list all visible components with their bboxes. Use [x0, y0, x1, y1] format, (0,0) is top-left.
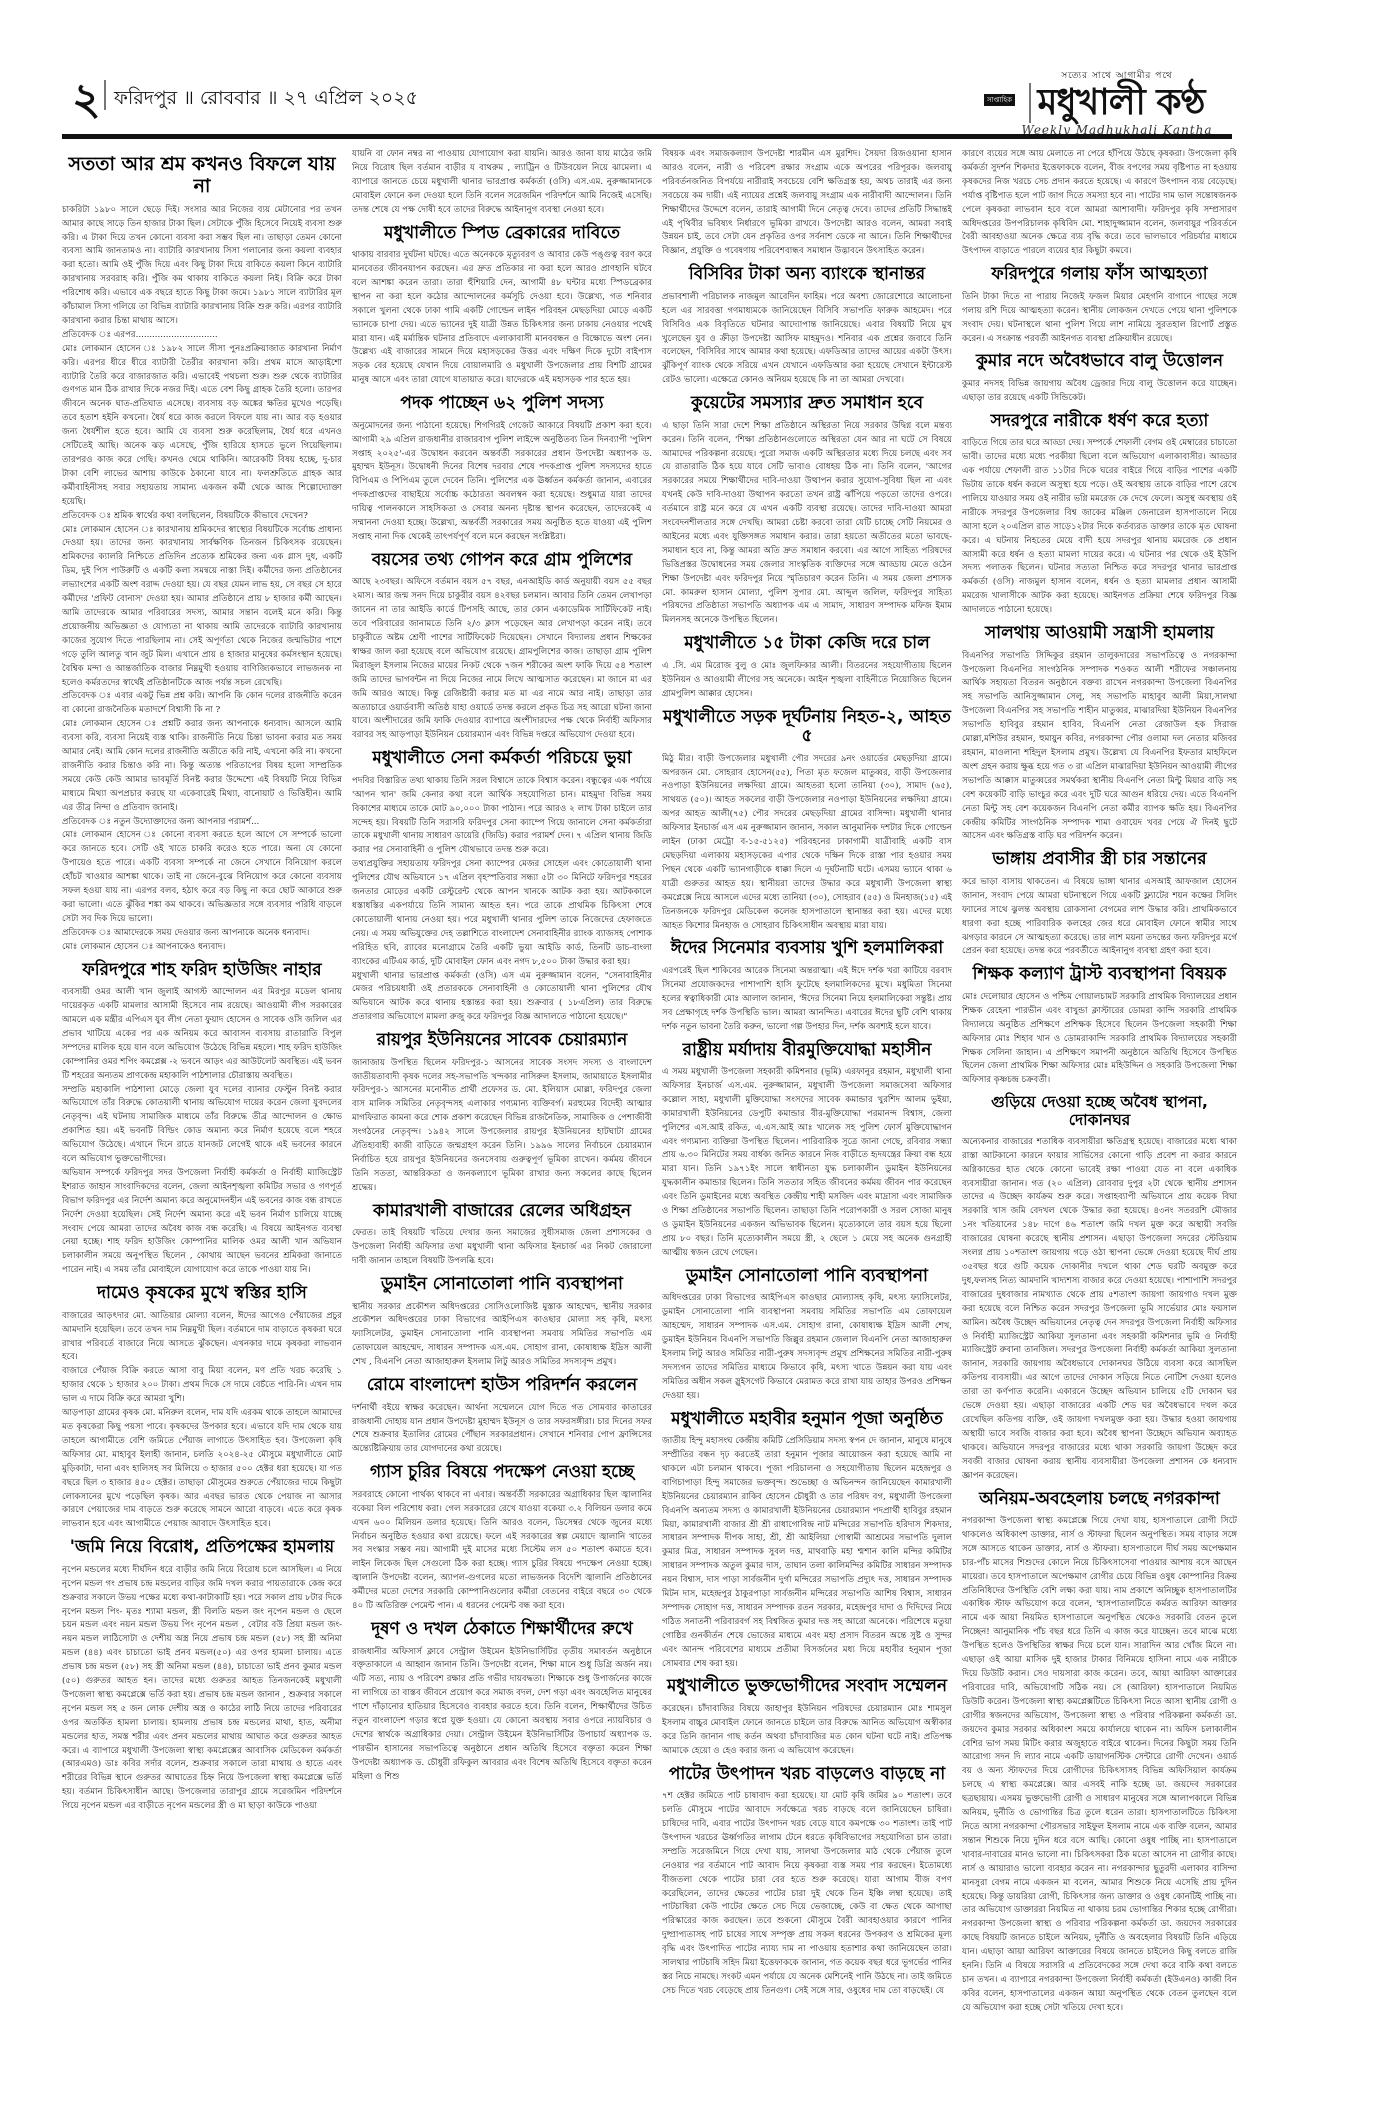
article: মধুখালীতে মহাবীর হনুমান পূজা অনুষ্ঠিতজাত…: [662, 1410, 952, 1672]
article-headline: কামারখালী বাজারের রেলের অধিগ্রহন: [352, 1202, 652, 1222]
article-body: বিষয়ক এবং সমাজকল্যাণ উপদেষ্টা শারমীন এস…: [662, 148, 952, 259]
article-headline: শিক্ষক কল্যাণ ট্রাস্ট ব্যবস্থাপনা বিষয়ক: [962, 965, 1237, 985]
article: রাষ্ট্রীয় মর্যাদায় বীরমুক্তিযোদ্ধা মহা…: [662, 1041, 952, 1261]
article-body: ফেরত। তাই বিষয়টি খতিয়ে দেখার জন্য সমাজ…: [352, 1227, 652, 1269]
article-headline: ঈদের সিনেমার ব্যবসায় খুশি হলমালিকরা: [662, 939, 952, 959]
article: দামেও কৃষকের মুখে স্বস্তির হাসিবাজারের আ…: [62, 1284, 342, 1532]
article-headline: মধুখালীতে ১৫ টাকা কেজি দরে চাল: [662, 634, 952, 654]
article-headline: ফরিদপুরে শাহ ফরিদ হাউজিং নাহার: [62, 961, 342, 981]
article-headline: মধুখালীতে সড়ক দূর্ঘটনায় নিহত-২, আহত ৫: [662, 708, 952, 747]
article-headline: ভাঙ্গায় প্রবাসীর স্ত্রী চার সন্তানের: [962, 850, 1237, 870]
article-headline: পাটের উৎপাদন খরচ বাড়লেও বাড়ছে না: [662, 1765, 952, 1785]
article: বিসিবির টাকা অন্য ব্যাংকে স্থানান্তরপ্রভ…: [662, 265, 952, 388]
article: পাটের উৎপাদন খরচ বাড়লেও বাড়ছে না৭শ হেক…: [662, 1765, 952, 1999]
article: সদরপুরে নারীকে ধর্ষণ করে হত্যাবাড়িতে গি…: [962, 412, 1237, 618]
article: ভাঙ্গায় প্রবাসীর স্ত্রী চার সন্তানেরকরে…: [962, 850, 1237, 959]
article-body: এরপরেই ছিল শাকিবের আরেক সিনেমা অন্তরাত্ম…: [662, 965, 952, 1035]
article-body: করে ভাড়া বাসায় থাকতেন। এ বিষয়ে ভাঙ্গা…: [962, 876, 1237, 959]
article-body: দর্শনার্থী বইয়ে স্বাক্ষর করেছেন। আর্থনা…: [352, 1402, 652, 1458]
article-headline: অনিয়ম-অবহেলায় চলছে নগরকান্দা: [962, 1490, 1237, 1510]
article: মধুখালীতে সেনা কর্মকর্তা পরিচয়ে ভুয়াপদ…: [352, 749, 652, 1025]
article: বিষয়ক এবং সমাজকল্যাণ উপদেষ্টা শারমীন এস…: [662, 148, 952, 259]
article-headline: ফরিদপুরে গলায় ফাঁস আত্মহত্যা: [962, 265, 1237, 285]
article-headline: পদক পাচ্ছেন ৬২ পুলিশ সদস্য: [352, 394, 652, 414]
article-headline: সালথায় আওয়ামী সন্ত্রাসী হামলায়: [962, 624, 1237, 644]
article-body: মোঃ দেলোয়ার হোসেন ও পশ্চিম গোয়ালচামট স…: [962, 991, 1237, 1088]
article-body: ৭শ হেক্টর জমিতে পাট চাষাবাদ করা হয়েছে। …: [662, 1790, 952, 1999]
article: দূষণ ও দখল ঠেকাতে শিক্ষার্থীদের রুখেরাজধ…: [352, 1620, 652, 1785]
article-body: রাজধানীর অফিসার্স ক্লাবে সেন্ট্রাল উইমেন…: [352, 1646, 652, 1785]
article: গ্যাস চুরির বিষয়ে পদক্ষেপ নেওয়া হচ্ছেস…: [352, 1463, 652, 1614]
article-body: পদবির বিস্তারিত তথ্য থাকায় তিনি সরল বিশ…: [352, 775, 652, 1025]
article: মধুখালীতে সড়ক দূর্ঘটনায় নিহত-২, আহত ৫ম…: [662, 708, 952, 934]
article-headline: সততা আর শ্রম কখনও বিফলে যায় না: [62, 154, 342, 198]
article-body: আছে ২৩বছর। অফিসে বর্তমান বয়স ৫৭ বছর, এন…: [352, 576, 652, 743]
article: পদক পাচ্ছেন ৬২ পুলিশ সদস্যঅনুমোদনের জন্য…: [352, 394, 652, 545]
article: কামারখালী বাজারের রেলের অধিগ্রহনফেরত। তা…: [352, 1202, 652, 1269]
article-headline: দূষণ ও দখল ঠেকাতে শিক্ষার্থীদের রুখে: [352, 1620, 652, 1640]
article-body: স্থানীয় সরকার প্রকৌশল অধিদপ্তরের সোসিওল…: [352, 1301, 652, 1371]
article-body: কুমার নদসহ বিভিন্ন জায়গায় অবৈধ ড্রেজার…: [962, 378, 1237, 406]
page-number: ২: [72, 78, 101, 122]
newspaper-page: ২ ফরিদপুর ॥ রোববার ॥ ২৭ এপ্রিল ২০২৫ সত্য…: [62, 0, 1292, 2125]
article: গুড়িয়ে দেওয়া হচ্ছে অবৈধ স্থাপনা, দোকা…: [962, 1094, 1237, 1483]
article-body: ব্যবসায়ী ওমর আলী খান জুলাই আগস্ট আন্দোল…: [62, 986, 342, 1278]
article-body: সরবরাহে কোনো পার্থক্য থাকবে না এবার। অন্…: [352, 1489, 652, 1614]
article-headline: রোমে বাংলাদেশ হাউস পরিদর্শন করলেন: [352, 1376, 652, 1396]
article-headline: সদরপুরে নারীকে ধর্ষণ করে হত্যা: [962, 412, 1237, 432]
article-headline: দামেও কৃষকের মুখে স্বস্তির হাসি: [62, 1284, 342, 1304]
article: বয়সের তথ্য গোপন করে গ্রাম পুলিশেরআছে ২৩…: [352, 551, 652, 743]
article: সালথায় আওয়ামী সন্ত্রাসী হামলায়বিএনপির…: [962, 624, 1237, 844]
article-headline: রায়পুর ইউনিয়নের সাবেক চেয়ারম্যান: [352, 1031, 652, 1051]
article: ডুমাইন সোনাতোলা পানি ব্যবস্থাপনাস্থানীয়…: [352, 1275, 652, 1370]
column-3: বিষয়ক এবং সমাজকল্যাণ উপদেষ্টা শারমীন এস…: [662, 148, 952, 2108]
article: মধুখালীতে ভুক্তভোগীদের সংবাদ সম্মেলনকরেছ…: [662, 1677, 952, 1758]
article-headline: বিসিবির টাকা অন্য ব্যাংকে স্থানান্তর: [662, 265, 952, 285]
article: কুয়েটের সমস্যার দ্রুত সমাধান হবেএ ছাড়া…: [662, 394, 952, 628]
article-body: বাজারের আড়ৎদার মো. আতিয়ার মোল্যা বলেন,…: [62, 1310, 342, 1533]
article: মধুখালীতে ১৫ টাকা কেজি দরে চালএ .সি. এম …: [662, 634, 952, 701]
masthead: ২ ফরিদপুর ॥ রোববার ॥ ২৭ এপ্রিল ২০২৫ সত্য…: [62, 70, 1292, 140]
article-body: এ সময় মধুখালী উপজেলা সহকারী কমিশনার (ভূ…: [662, 1066, 952, 1261]
article-body: এ ছাড়া তিনি সারা দেশে শিক্ষা প্রতিষ্ঠান…: [662, 420, 952, 629]
article-body: তিনি টাকা দিতে না পারায় নিজেই ফজল মিয়া…: [962, 291, 1237, 347]
article: ফরিদপুরে গলায় ফাঁস আত্মহত্যাতিনি টাকা দ…: [962, 265, 1237, 346]
article-headline: 'জমি নিয়ে বিরোধ, প্রতিপক্ষের হামলায়: [62, 1538, 342, 1558]
column-1: সততা আর শ্রম কখনও বিফলে যায় নাচাকরিটা ১…: [62, 148, 342, 2108]
article-headline: বয়সের তথ্য গোপন করে গ্রাম পুলিশের: [352, 551, 652, 571]
article-body: অনুমোদনের জন্য পাঠানো হয়েছে। শিগগিরই গে…: [352, 420, 652, 545]
article-headline: মধুখালীতে সেনা কর্মকর্তা পরিচয়ে ভুয়া: [352, 749, 652, 769]
article-body: করেছেন। চাঁদাবাজির বিষয়ে জাহাপুর ইউনিয়…: [662, 1703, 952, 1759]
article-body: অন্যেকনার বাজারের শতাধিক ব্যবসায়ীরা ক্ষ…: [962, 1136, 1237, 1484]
article-body: জাতীয় হিন্দু মহাসংঘ কেন্দ্রীয় কমিটি প্…: [662, 1435, 952, 1671]
article-headline: কুমার নদে অবৈধভাবে বালু উত্তোলন: [962, 352, 1237, 372]
article: কুমার নদে অবৈধভাবে বালু উত্তোলনকুমার নদস…: [962, 352, 1237, 405]
article: রায়পুর ইউনিয়নের সাবেক চেয়ারম্যানজানাজ…: [352, 1031, 652, 1196]
article-body: নৃপেন মন্ডলের মধ্যে দীর্ঘদিন ধরে বাড়ীর …: [62, 1564, 342, 1814]
article: শিক্ষক কল্যাণ ট্রাস্ট ব্যবস্থাপনা বিষয়ক…: [962, 965, 1237, 1088]
article: ঈদের সিনেমার ব্যবসায় খুশি হলমালিকরাএরপর…: [662, 939, 952, 1034]
column-2: যায়নি বা ফোন নম্বর না পাওয়ায় যোগাযোগ …: [352, 148, 652, 2108]
masthead-rule: [62, 134, 1232, 139]
article: ডুমাইন সোনাতোলা পানি ব্যবস্থাপনাঅধিদপ্তর…: [662, 1267, 952, 1404]
article-headline: রাষ্ট্রীয় মর্যাদায় বীরমুক্তিযোদ্ধা মহা…: [662, 1041, 952, 1061]
article-headline: মধুখালীতে স্পিড ব্রেকারের দাবিতে: [352, 224, 652, 244]
article-headline: ডুমাইন সোনাতোলা পানি ব্যবস্থাপনা: [352, 1275, 652, 1295]
article: মধুখালীতে স্পিড ব্রেকারের দাবিতেথাকায় ব…: [352, 224, 652, 389]
newspaper-logo: সত্যের সাথে আগামীর পথে সাপ্তাহিক মধুখালী…: [982, 68, 1252, 138]
article-body: প্রভাবশালী পরিচালক নাজমুল আবেদিন ফাহিম। …: [662, 291, 952, 388]
article-body: এ .সি. এম মিরোজ বুলু ও মোঃ জুলফিকার আলী।…: [662, 660, 952, 702]
logo-tagline: সত্যের সাথে আগামীর পথে: [982, 68, 1252, 83]
article-headline: ডুমাইন সোনাতোলা পানি ব্যবস্থাপনা: [662, 1267, 952, 1287]
article-body: মিঠু মীর। বাড়ী উপজেলার মধুখালী পৌর সদরে…: [662, 753, 952, 934]
article: 'জমি নিয়ে বিরোধ, প্রতিপক্ষের হামলায়নৃপ…: [62, 1538, 342, 1814]
article: ফরিদপুরে শাহ ফরিদ হাউজিং নাহারব্যবসায়ী …: [62, 961, 342, 1279]
logo-name: মধুখালী কণ্ঠ: [1029, 83, 1204, 123]
dateline: ফরিদপুর ॥ রোববার ॥ ২৭ এপ্রিল ২০২৫: [114, 84, 418, 116]
article-body: কারণে ব্যয়ের সঙ্গে আয় মেলাতে না পেরে হ…: [962, 148, 1237, 259]
column-4: কারণে ব্যয়ের সঙ্গে আয় মেলাতে না পেরে হ…: [962, 148, 1237, 2108]
article-body: জানাজায় উপস্থিত ছিলেন ফরিদপুর-১ আসনের স…: [352, 1057, 652, 1196]
article: অনিয়ম-অবহেলায় চলছে নগরকান্দানগরকান্দা …: [962, 1490, 1237, 2016]
divider: [104, 80, 106, 110]
article-body: অধিদপ্তরের ঢাকা বিভাগের আইপিএস কাওছার মো…: [662, 1292, 952, 1403]
article-body: চাকরিটা ১৯৮০ সালে ছেড়ে দিই। সংসার আর নি…: [62, 204, 342, 955]
article: রোমে বাংলাদেশ হাউস পরিদর্শন করলেনদর্শনার…: [352, 1376, 652, 1457]
article-headline: গুড়িয়ে দেওয়া হচ্ছে অবৈধ স্থাপনা, দোকা…: [962, 1094, 1237, 1130]
article-body: নগরকান্দা উপজেলা স্বাস্থ্য কমপ্লেক্সে গি…: [962, 1515, 1237, 2016]
article: কারণে ব্যয়ের সঙ্গে আয় মেলাতে না পেরে হ…: [962, 148, 1237, 259]
article-headline: মধুখালীতে ভুক্তভোগীদের সংবাদ সম্মেলন: [662, 1677, 952, 1697]
article-body: যায়নি বা ফোন নম্বর না পাওয়ায় যোগাযোগ …: [352, 148, 652, 218]
article-body: বাড়িতে গিয়ে তার ঘরে আড্ডা দেয়। সম্পর্…: [962, 437, 1237, 618]
article-body: বিএনপির সভাপতি সিদ্দিকুর রহমান তালুকদারে…: [962, 650, 1237, 845]
article-headline: কুয়েটের সমস্যার দ্রুত সমাধান হবে: [662, 394, 952, 414]
logo-weekly-label: সাপ্তাহিক: [984, 94, 1015, 106]
article: যায়নি বা ফোন নম্বর না পাওয়ায় যোগাযোগ …: [352, 148, 652, 218]
article-headline: গ্যাস চুরির বিষয়ে পদক্ষেপ নেওয়া হচ্ছে: [352, 1463, 652, 1483]
article-body: থাকায় বারবার দুর্ঘটনা ঘটছে। এতে অনেককে …: [352, 249, 652, 388]
article-headline: মধুখালীতে মহাবীর হনুমান পূজা অনুষ্ঠিত: [662, 1410, 952, 1430]
article: সততা আর শ্রম কখনও বিফলে যায় নাচাকরিটা ১…: [62, 154, 342, 955]
